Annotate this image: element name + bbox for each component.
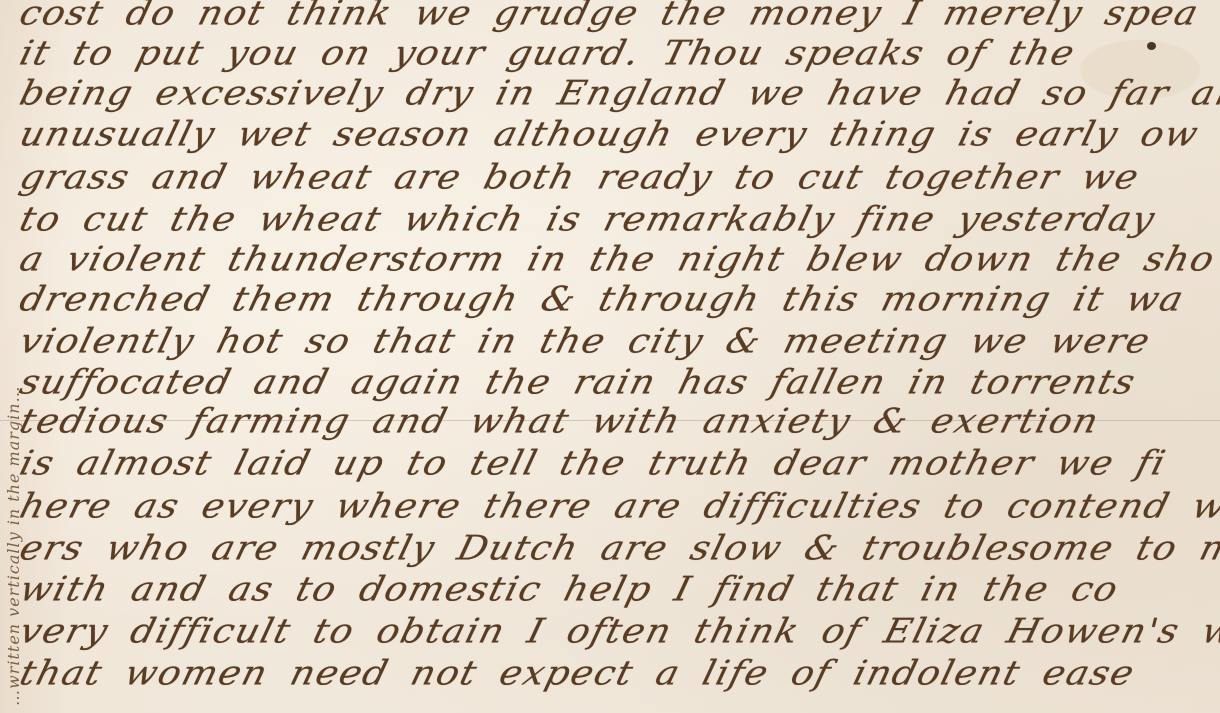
- letter-line: drenched them through & through this mor…: [16, 281, 1188, 318]
- letter-page: …written vertically in the margin… cost …: [0, 0, 1220, 713]
- letter-line: here as every where there are difficulti…: [16, 488, 1220, 525]
- letter-line: being excessively dry in England we have…: [16, 75, 1220, 112]
- letter-line: suffocated and again the rain has fallen…: [16, 364, 1140, 401]
- letter-line: that women need not expect a life of ind…: [16, 655, 1139, 692]
- letter-line: to cut the wheat which is remarkably fin…: [16, 201, 1159, 238]
- letter-line: grass and wheat are both ready to cut to…: [16, 159, 1144, 196]
- letter-line: unusually wet season although every thin…: [16, 116, 1203, 153]
- letter-line: ers who are mostly Dutch are slow & trou…: [16, 530, 1220, 567]
- letter-line: is almost laid up to tell the truth dear…: [16, 445, 1170, 482]
- letter-line: violently hot so that in the city & meet…: [16, 323, 1155, 360]
- letter-line: tedious farming and what with anxiety & …: [16, 403, 1103, 440]
- letter-line: very difficult to obtain I often think o…: [16, 613, 1220, 650]
- letter-line: it to put you on your guard. Thou speaks…: [16, 35, 1079, 72]
- letter-line: with and as to domestic help I find that…: [16, 571, 1123, 608]
- letter-line: cost do not think we grudge the money I …: [16, 0, 1203, 32]
- letter-line: a violent thunderstorm in the night blew…: [16, 241, 1219, 278]
